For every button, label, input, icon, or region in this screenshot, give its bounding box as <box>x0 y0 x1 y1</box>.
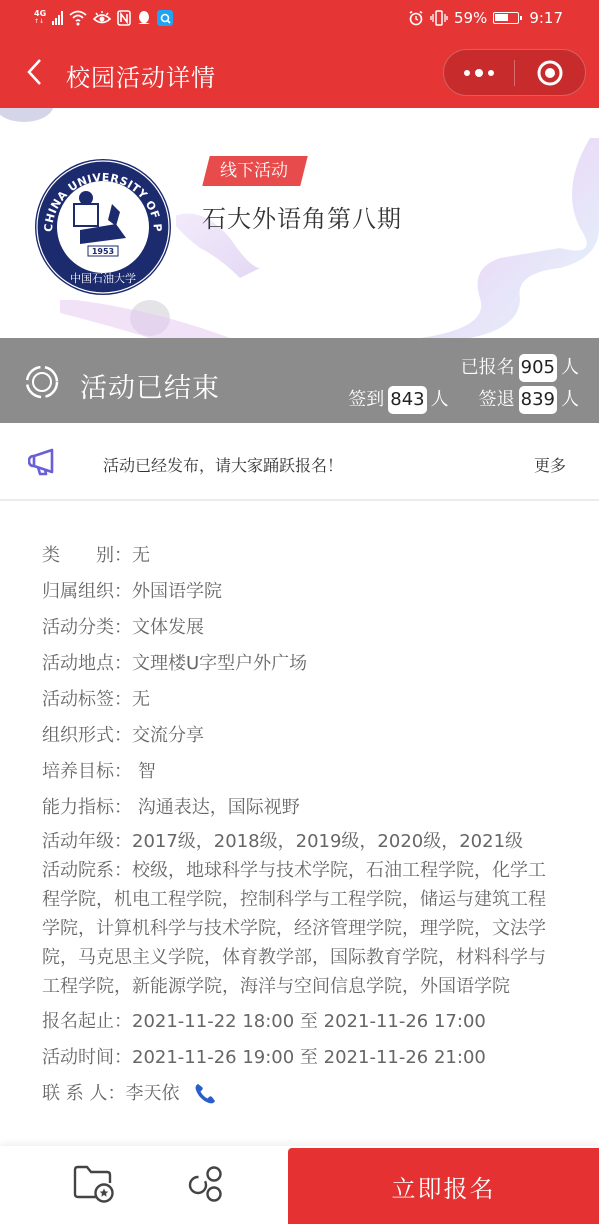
detail-organization: 归属组织：外国语学院 <box>42 574 552 610</box>
close-miniprogram-button[interactable] <box>515 49 585 96</box>
announcement-text: 活动已经发布，请大家踊跃报名！ <box>103 453 343 476</box>
detail-activity-time: 活动时间：2021-11-26 19:00 至 2021-11-26 21:00 <box>42 1040 552 1076</box>
registered-unit: 人 <box>561 352 579 384</box>
registered-label: 已报名 <box>461 352 515 384</box>
status-right: 59% 9:17 <box>408 8 563 28</box>
detail-value: 无 <box>132 689 150 710</box>
network-indicator: 4G ↑↓ <box>34 10 46 26</box>
detail-format: 组织形式：交流分享 <box>42 718 552 754</box>
network-arrows: ↑↓ <box>34 18 46 26</box>
detail-value: 交流分享 <box>132 725 204 746</box>
detail-label: 报名起止： <box>42 1011 132 1032</box>
detail-label: 类 别： <box>42 545 132 566</box>
detail-registration-period: 报名起止：2021-11-22 18:00 至 2021-11-26 17:00 <box>42 1004 552 1040</box>
activity-details: 类 别：无 归属组织：外国语学院 活动分类：文体发展 活动地点：文理楼U字型户外… <box>42 538 552 1112</box>
status-label: 活动已结束 <box>80 366 220 405</box>
activity-status-strip: 活动已结束 已报名 905 人 签到 843 人 签退 839 人 <box>0 338 599 423</box>
detail-label: 活动分类： <box>42 617 132 638</box>
battery-percent: 59% <box>454 9 487 27</box>
detail-classification: 活动分类：文体发展 <box>42 610 552 646</box>
svg-text:中国石油大学: 中国石油大学 <box>70 271 136 285</box>
more-dots-icon <box>463 69 495 77</box>
page-title: 校园活动详情 <box>66 58 216 93</box>
back-button[interactable] <box>20 56 48 88</box>
checkin-checkout-row: 签到 843 人 签退 839 人 <box>348 384 579 416</box>
battery-icon <box>493 12 519 24</box>
checkout-count: 839 <box>519 386 557 414</box>
bottom-action-bar: 立即报名 <box>0 1146 599 1224</box>
detail-label: 活动时间： <box>42 1047 132 1068</box>
detail-value: 2017级，2018级，2019级，2020级，2021级 <box>132 831 523 852</box>
eye-care-icon <box>93 10 111 26</box>
checkout-label: 签退 <box>479 384 515 416</box>
share-icon <box>186 1165 226 1203</box>
detail-label: 联 系 人： <box>42 1083 125 1104</box>
detail-label: 活动地点： <box>42 653 132 674</box>
alarm-icon <box>408 10 424 26</box>
detail-contact: 联 系 人：李天依 <box>42 1076 552 1112</box>
activity-banner: CHINA UNIVERSITY OF PETROLEUM 1953 中国石油大… <box>0 108 599 338</box>
signal-icon <box>52 11 63 25</box>
activity-title: 石大外语角第八期 <box>202 199 402 234</box>
detail-value: 文理楼U字型户外广场 <box>132 653 307 674</box>
signup-button[interactable]: 立即报名 <box>288 1148 599 1224</box>
detail-value: 2021-11-22 18:00 至 2021-11-26 17:00 <box>132 1011 486 1032</box>
detail-goal: 培养目标： 智 <box>42 754 552 790</box>
detail-label: 活动标签： <box>42 689 132 710</box>
nav-bar: 校园活动详情 <box>0 36 599 108</box>
detail-label: 能力指标： <box>42 797 132 818</box>
checkout-unit: 人 <box>561 384 579 416</box>
ended-status-icon <box>24 364 60 400</box>
search-app-icon <box>157 10 173 26</box>
logo-emblem: CHINA UNIVERSITY OF PETROLEUM 1953 中国石油大… <box>30 154 176 300</box>
detail-ability: 能力指标： 沟通表达，国际视野 <box>42 790 552 826</box>
detail-label: 活动年级： <box>42 831 132 852</box>
participation-counts: 已报名 905 人 签到 843 人 签退 839 人 <box>348 352 579 416</box>
megaphone-icon <box>28 447 62 477</box>
chevron-left-icon <box>26 58 42 86</box>
phone-icon[interactable] <box>193 1082 217 1106</box>
registered-count: 905 <box>519 354 557 382</box>
offline-activity-tag: 线下活动 <box>202 156 307 186</box>
favorite-button[interactable] <box>72 1162 116 1206</box>
detail-value: 智 <box>132 761 156 782</box>
folder-star-icon <box>73 1165 115 1203</box>
more-button[interactable] <box>444 49 514 96</box>
announcement-bar[interactable]: 活动已经发布，请大家踊跃报名！ 更多 <box>0 423 599 501</box>
detail-grades: 活动年级：2017级，2018级，2019级，2020级，2021级 <box>42 827 552 856</box>
qq-icon <box>137 10 151 26</box>
detail-label: 组织形式： <box>42 725 132 746</box>
checkin-count: 843 <box>388 386 426 414</box>
detail-value: 无 <box>132 545 150 566</box>
wifi-icon <box>69 10 87 26</box>
detail-departments: 活动院系：校级，地球科学与技术学院，石油工程学院，化学工程学院，机电工程学院，控… <box>42 856 552 1001</box>
svg-text:1953: 1953 <box>92 247 114 256</box>
status-left: 4G ↑↓ <box>34 8 173 28</box>
detail-value: 李天依 <box>125 1083 179 1104</box>
detail-location: 活动地点：文理楼U字型户外广场 <box>42 646 552 682</box>
detail-label: 活动院系： <box>42 860 132 881</box>
mini-program-capsule <box>443 49 586 96</box>
detail-value: 外国语学院 <box>132 581 222 602</box>
detail-value: 沟通表达，国际视野 <box>132 797 300 818</box>
detail-label: 归属组织： <box>42 581 132 602</box>
detail-value: 2021-11-26 19:00 至 2021-11-26 21:00 <box>132 1047 486 1068</box>
detail-category: 类 别：无 <box>42 538 552 574</box>
target-circle-icon <box>536 59 564 87</box>
detail-value: 文体发展 <box>132 617 204 638</box>
network-type: 4G <box>34 10 46 18</box>
clock: 9:17 <box>529 9 563 27</box>
tag-label: 线下活动 <box>220 156 288 186</box>
share-button[interactable] <box>184 1162 228 1206</box>
checkin-unit: 人 <box>431 384 449 416</box>
status-bar: 4G ↑↓ <box>0 0 599 36</box>
vibrate-icon <box>430 10 448 26</box>
detail-label: 培养目标： <box>42 761 132 782</box>
checkin-label: 签到 <box>348 384 384 416</box>
university-logo: CHINA UNIVERSITY OF PETROLEUM 1953 中国石油大… <box>30 154 176 300</box>
nfc-icon <box>117 10 131 26</box>
more-link[interactable]: 更多 <box>534 453 566 476</box>
detail-tags: 活动标签：无 <box>42 682 552 718</box>
registered-count-row: 已报名 905 人 <box>348 352 579 384</box>
